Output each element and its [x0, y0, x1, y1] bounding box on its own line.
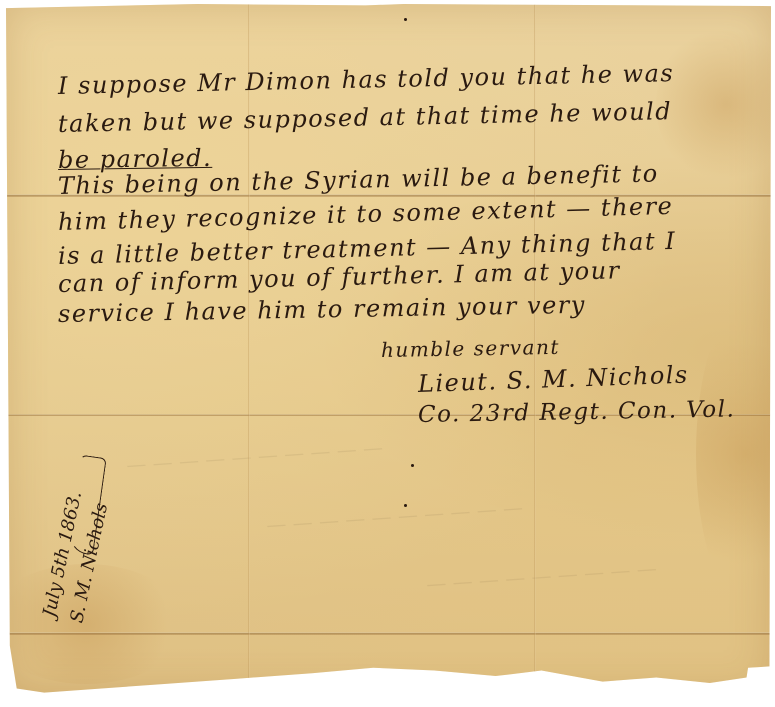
letter-line: I suppose Mr Dimon has told you that he … — [58, 59, 675, 100]
ink-bleed-through: — — — — — — — — — — — [125, 435, 383, 477]
ink-bleed-through: — — — — — — — — — — [425, 556, 657, 596]
scan-canvas: — — — — — — — — — — — — — — — — — — — — … — [0, 0, 775, 707]
letter-closing: humble servant — [381, 335, 560, 362]
letter-line: service I have him to remain your very — [58, 291, 586, 328]
letter-line: taken but we supposed at that time he wo… — [58, 97, 673, 138]
letter-unit: Co. 23rd Regt. Con. Vol. — [418, 396, 736, 428]
ink-spot — [404, 504, 407, 507]
ink-spot — [404, 18, 407, 21]
age-stain — [656, 24, 775, 184]
fold-line-horizontal — [6, 632, 771, 635]
ink-bleed-through: — — — — — — — — — — — [265, 495, 523, 537]
letter-signature: Lieut. S. M. Nichols — [418, 361, 690, 398]
letter-paper: — — — — — — — — — — — — — — — — — — — — … — [6, 4, 771, 694]
ink-spot — [411, 464, 414, 467]
age-stain — [696, 304, 775, 604]
